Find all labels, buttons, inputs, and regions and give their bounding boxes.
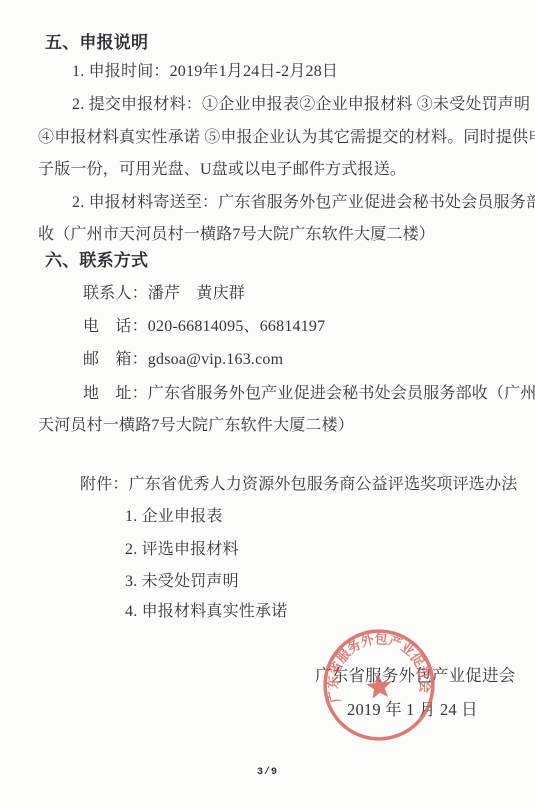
attachment-item: 3. 未受处罚声明 xyxy=(125,572,239,592)
attachments-label: 附件：广东省优秀人力资源外包服务商公益评选奖项评选办法 xyxy=(80,475,517,495)
contact-phone-line: 电 话：020-66814095、66814197 xyxy=(83,317,325,337)
signature-date: 2019 年 1 月 24 日 xyxy=(347,700,478,720)
page-number: 3/9 xyxy=(0,763,535,783)
section5-heading: 五、申报说明 xyxy=(45,33,148,53)
section5-materials-line2: ④申报材料真实性承诺 ⑤申报企业认为其它需提交的材料。同时提供电 xyxy=(38,128,535,148)
contact-address-line2: 天河员村一横路7号大院广东软件大厦二楼） xyxy=(38,416,354,436)
section5-materials-line3: 子版一份，可用光盘、U盘或以电子邮件方式报送。 xyxy=(38,160,406,180)
attachment-item: 1. 企业申报表 xyxy=(125,507,223,527)
attachment-item: 2. 评选申报材料 xyxy=(125,540,239,560)
section6-heading: 六、联系方式 xyxy=(45,251,148,271)
contact-person-line: 联系人：潘芹 黄庆群 xyxy=(83,284,245,304)
contact-address-line1: 地 址：广东省服务外包产业促进会秘书处会员服务部收（广州市 xyxy=(83,384,535,404)
seal-curved-text: 广东省服务外包产业促进会 xyxy=(319,625,435,705)
attachment-item: 4. 申报材料真实性承诺 xyxy=(125,602,287,622)
signature-organization: 广东省服务外包产业促进会 xyxy=(315,666,515,686)
section5-materials-line1: 2. 提交申报材料：①企业申报表②企业申报材料 ③未受处罚声明 xyxy=(72,95,530,115)
section5-time-line: 1. 申报时间：2019年1月24日-2月28日 xyxy=(72,62,338,82)
document-page: 五、申报说明 1. 申报时间：2019年1月24日-2月28日 2. 提交申报材… xyxy=(0,0,535,809)
contact-email-line: 邮 箱：gdsoa@vip.163.com xyxy=(83,350,283,370)
section5-mailing-line2: 收（广州市天河员村一横路7号大院广东软件大厦二楼） xyxy=(38,225,435,245)
section5-mailing-line1: 2. 申报材料寄送至：广东省服务外包产业促进会秘书处会员服务部 xyxy=(72,193,535,213)
svg-text:广东省服务外包产业促进会: 广东省服务外包产业促进会 xyxy=(319,625,435,705)
